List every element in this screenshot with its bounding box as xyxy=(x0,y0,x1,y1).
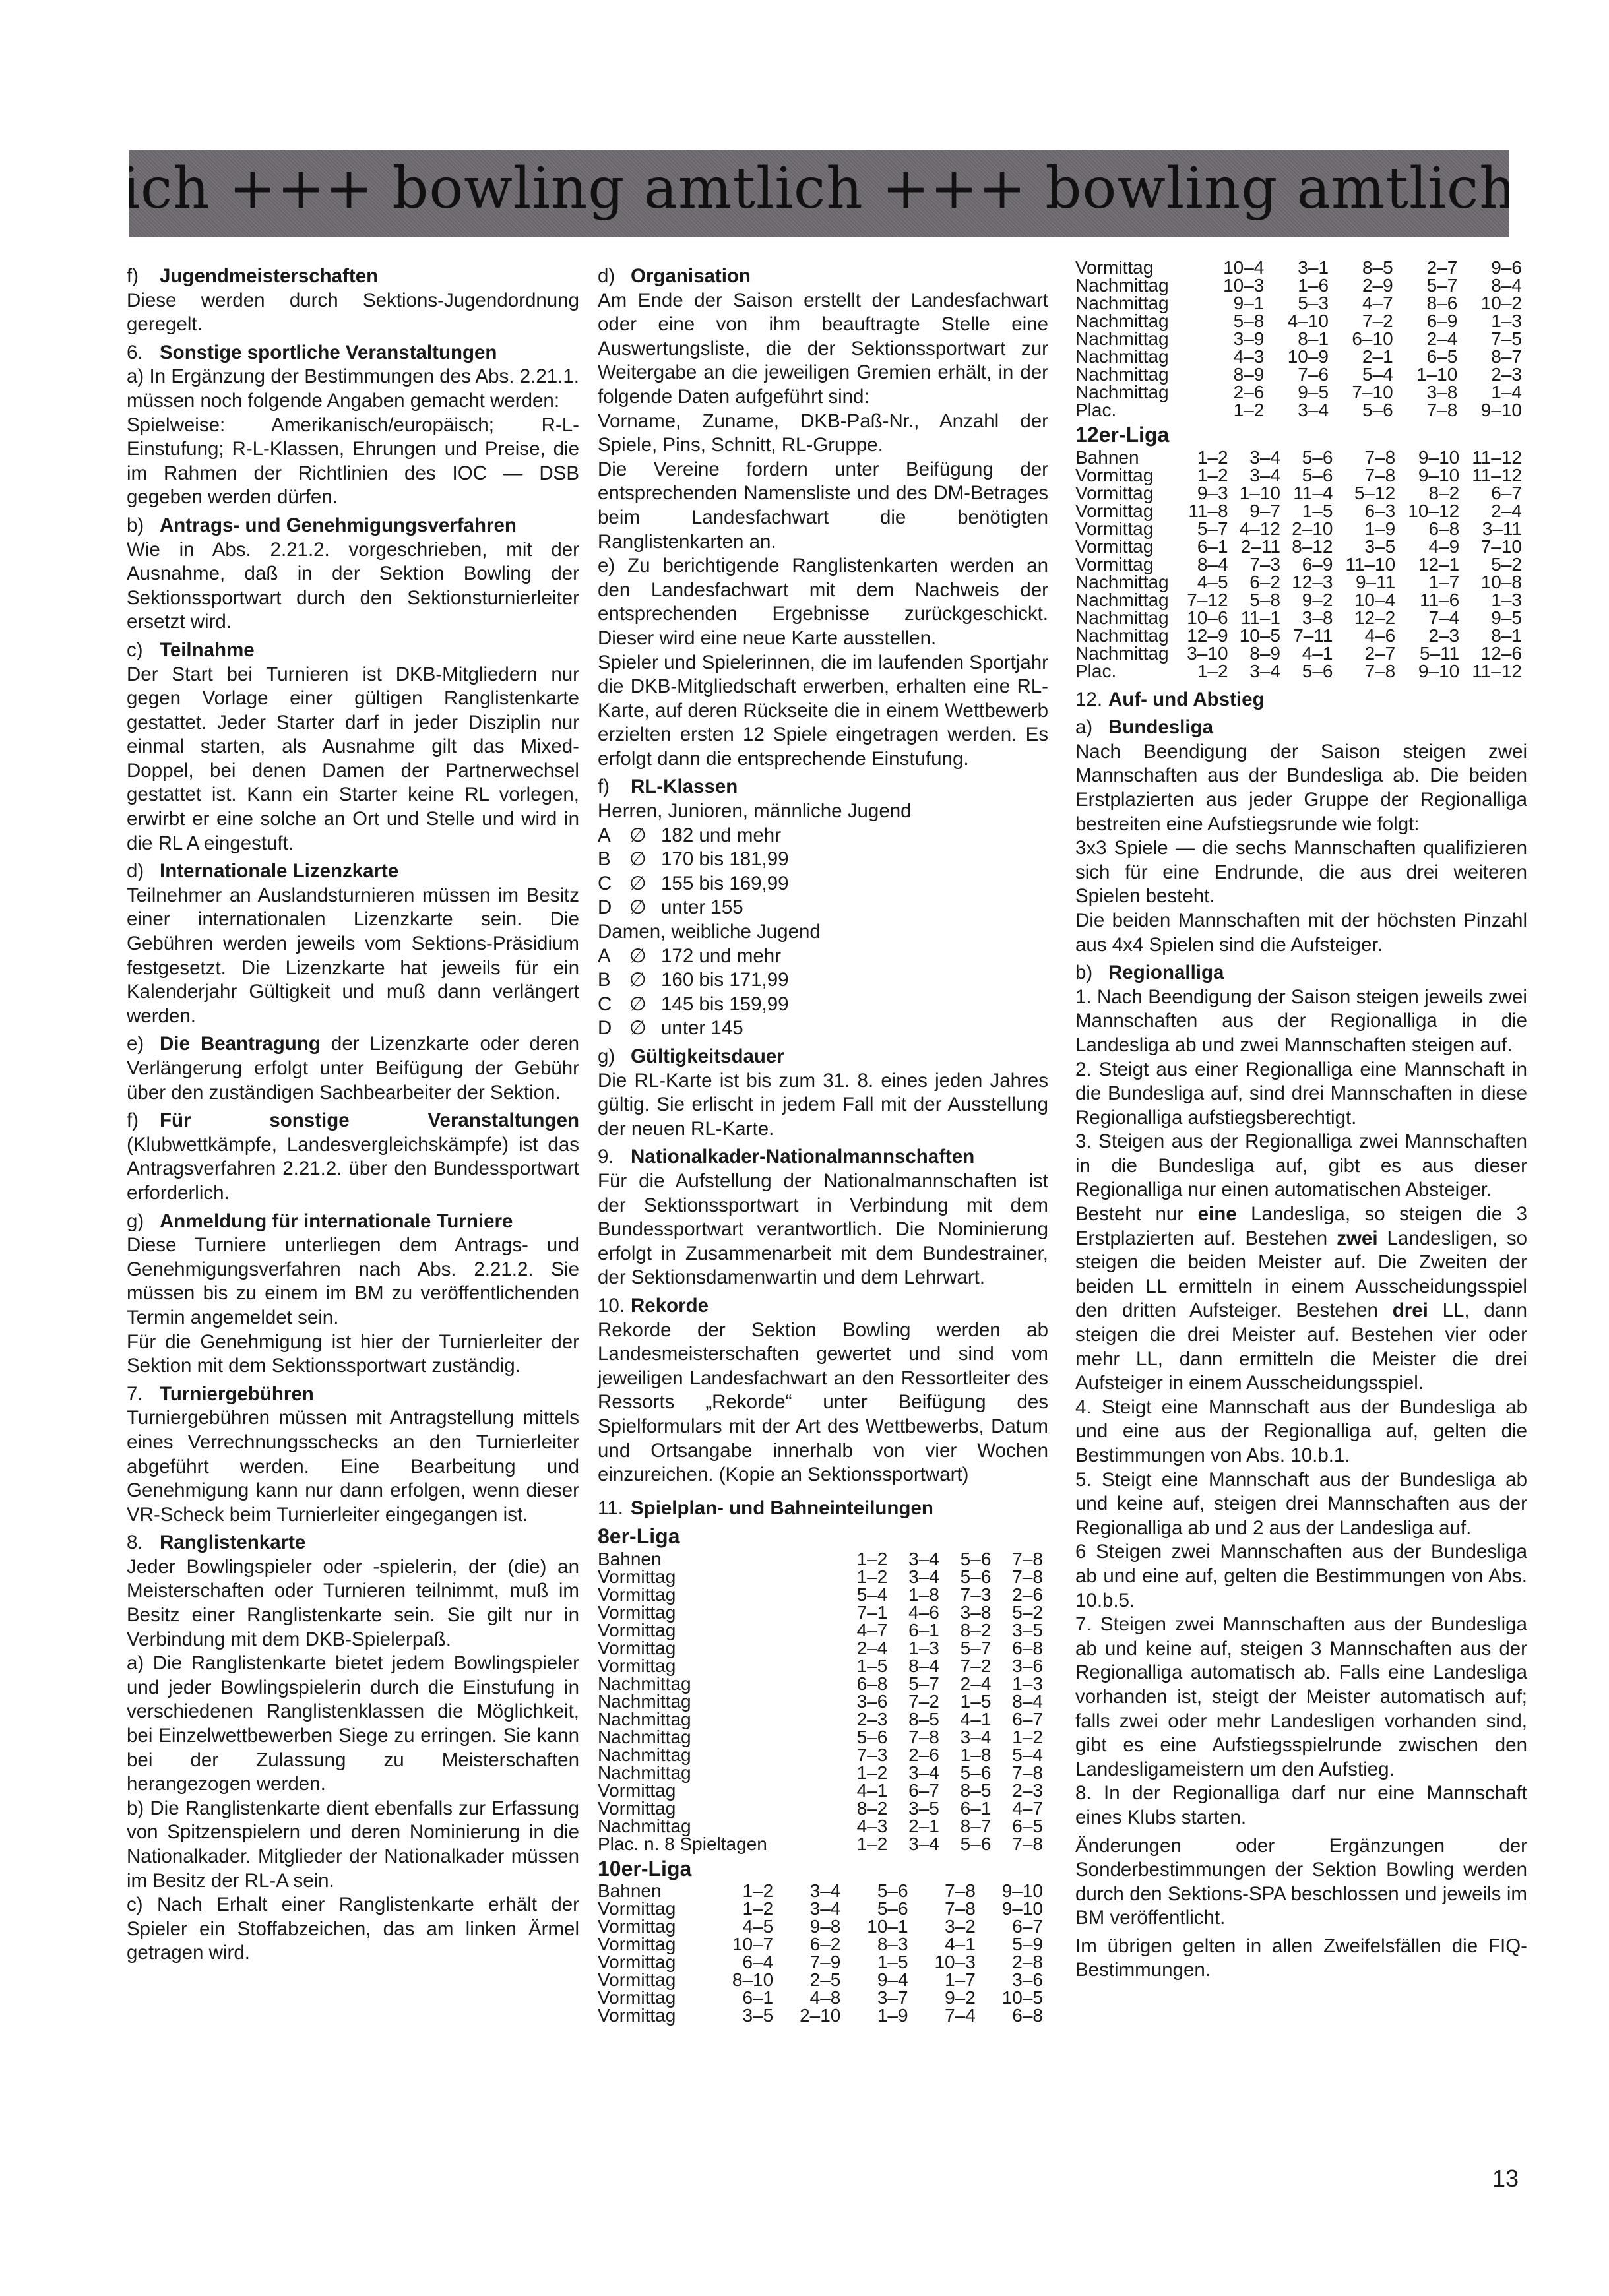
table-row: Vormittag8–102–59–41–73–6 xyxy=(598,1971,1048,1989)
pairing-cell: 5–4 xyxy=(996,1746,1048,1764)
pairing-cell: 7–3 xyxy=(841,1746,893,1764)
pairing-cell: 8–3 xyxy=(846,1935,913,1953)
row-label: Plac. xyxy=(1075,662,1181,680)
pairing-cell: 4–7 xyxy=(1334,294,1399,312)
pairing-cell: 10–3 xyxy=(914,1953,981,1971)
paragraph: b) Die Ranglistenkarte dient ebenfalls z… xyxy=(127,1797,579,1893)
paragraph: 3. Steigen aus der Regionalliga zwei Man… xyxy=(1075,1130,1527,1202)
pairing-cell: 7–2 xyxy=(893,1692,945,1710)
pairing-cell: 2–6 xyxy=(996,1586,1048,1603)
pairing-cell: 7–5 xyxy=(1463,330,1527,348)
pairing-cell: 8–12 xyxy=(1286,538,1338,555)
pairing-cell: 3–8 xyxy=(945,1603,997,1621)
pairing-cell: 7–3 xyxy=(1234,555,1286,573)
pairing-cell: 3–5 xyxy=(893,1799,945,1817)
section-heading: a)Bundesliga xyxy=(1075,716,1527,740)
pairing-cell: 8–7 xyxy=(945,1817,997,1835)
table-row: Nachmittag12–910–57–114–62–38–1 xyxy=(1075,627,1527,644)
pairing-cell: 11–4 xyxy=(1286,484,1338,502)
pairing-cell: 7–4 xyxy=(914,2006,981,2024)
row-label: Nachmittag xyxy=(1075,276,1205,294)
table-row: Nachmittag4–32–18–76–5 xyxy=(598,1817,1048,1835)
pairing-cell: 8–1 xyxy=(1465,627,1527,644)
league-title: 12er-Liga xyxy=(1075,423,1527,447)
section-heading: g)Gültigkeitsdauer xyxy=(598,1045,1048,1069)
paragraph: Diese werden durch Sektions-Jugendordnun… xyxy=(127,289,579,337)
rl-class-row: A∅172 und mehr xyxy=(598,945,1048,969)
table-row: Nachmittag6–85–72–41–3 xyxy=(598,1675,1048,1692)
paragraph: Wie in Abs. 2.21.2. vorgeschrieben, mit … xyxy=(127,538,579,635)
paragraph: Jeder Bowlingspieler oder -spielerin, de… xyxy=(127,1555,579,1652)
paragraph: Änderungen oder Ergänzungen der Sonderbe… xyxy=(1075,1834,1527,1931)
pairing-cell: 1–2 xyxy=(841,1568,893,1586)
column-1: f)Jugendmeisterschaften Diese werden dur… xyxy=(127,261,579,1966)
pairing-cell: 8–5 xyxy=(893,1710,945,1728)
pairing-cell: 1–2 xyxy=(841,1550,893,1568)
section-heading: f)RL-Klassen xyxy=(598,775,1048,799)
section-heading: d)Internationale Lizenzkarte xyxy=(127,859,579,884)
schedule-table-10er-continued: Vormittag10–43–18–52–79–6Nachmittag10–31… xyxy=(1075,259,1527,419)
row-label: Nachmittag xyxy=(1075,330,1205,348)
pairing-cell: 4–3 xyxy=(841,1817,893,1835)
pairing-cell: 5–7 xyxy=(1181,520,1233,538)
paragraph: Für die Genehmigung ist hier der Turnier… xyxy=(127,1330,579,1379)
pairing-cell: 10–5 xyxy=(1234,627,1286,644)
pairing-cell: 5–6 xyxy=(945,1550,997,1568)
table-row: Vormittag4–16–78–52–3 xyxy=(598,1782,1048,1799)
pairing-cell: 7–8 xyxy=(1338,466,1401,484)
pairing-cell: 6–5 xyxy=(1399,348,1463,365)
table-row: Nachmittag1–23–45–67–8 xyxy=(598,1764,1048,1782)
table-row: Plac.1–23–45–67–89–1011–12 xyxy=(1075,662,1527,680)
paragraph: Spielweise: Amerikanisch/europäisch; R-L… xyxy=(127,414,579,510)
pairing-cell: 3–4 xyxy=(893,1835,945,1853)
pairing-cell: 5–6 xyxy=(1286,662,1338,680)
paragraph: Teilnehmer an Auslandsturnieren müssen i… xyxy=(127,884,579,1029)
pairing-cell: 1–5 xyxy=(1286,502,1338,520)
row-label: Vormittag xyxy=(598,1657,841,1675)
pairing-cell: 5–3 xyxy=(1269,294,1334,312)
section-heading: 12.Auf- und Abstieg xyxy=(1075,688,1527,712)
pairing-cell: 5–6 xyxy=(945,1568,997,1586)
row-label: Bahnen xyxy=(1075,449,1181,466)
pairing-cell: 10–1 xyxy=(846,1917,913,1935)
paragraph: Die RL-Karte ist bis zum 31. 8. eines je… xyxy=(598,1069,1048,1142)
row-label: Nachmittag xyxy=(1075,609,1181,627)
table-row: Nachmittag5–67–83–41–2 xyxy=(598,1728,1048,1746)
row-label: Nachmittag xyxy=(1075,312,1205,330)
pairing-cell: 6–3 xyxy=(1338,502,1401,520)
section-heading: g)Anmeldung für internationale Turniere xyxy=(127,1210,579,1234)
pairing-cell: 7–8 xyxy=(914,1900,981,1917)
row-label: Plac. xyxy=(1075,401,1205,419)
pairing-cell: 9–5 xyxy=(1269,383,1334,401)
pairing-cell: 6–8 xyxy=(841,1675,893,1692)
paragraph: a) In Ergänzung der Bestimmungen des Abs… xyxy=(127,365,579,413)
pairing-cell: 7–8 xyxy=(893,1728,945,1746)
pairing-cell: 6–8 xyxy=(981,2006,1048,2024)
row-label: Vormittag xyxy=(598,1917,711,1935)
pairing-cell: 8–4 xyxy=(996,1692,1048,1710)
section-heading: 9.Nationalkader-Nationalmannschaften xyxy=(598,1145,1048,1169)
pairing-cell: 6–7 xyxy=(981,1917,1048,1935)
row-label: Nachmittag xyxy=(1075,573,1181,591)
pairing-cell: 1–3 xyxy=(1463,312,1527,330)
pairing-cell: 8–7 xyxy=(1463,348,1527,365)
pairing-cell: 1–7 xyxy=(914,1971,981,1989)
table-row: Vormittag1–23–45–67–89–10 xyxy=(598,1900,1048,1917)
pairing-cell: 1–10 xyxy=(1399,365,1463,383)
paragraph: e)Die Beantragung der Lizenzkarte oder d… xyxy=(127,1032,579,1105)
schedule-table-12er: Bahnen1–23–45–67–89–1011–12Vormittag1–23… xyxy=(1075,449,1527,680)
pairing-cell: 3–4 xyxy=(893,1550,945,1568)
paragraph: e) Zu berichtigende Ranglistenkarten wer… xyxy=(598,554,1048,650)
pairing-cell: 8–9 xyxy=(1234,644,1286,662)
rl-class-row: C∅155 bis 169,99 xyxy=(598,872,1048,896)
row-label: Vormittag xyxy=(598,1621,841,1639)
pairing-cell: 7–8 xyxy=(1338,662,1401,680)
average-icon: ∅ xyxy=(629,896,661,920)
pairing-cell: 9–10 xyxy=(981,1882,1048,1900)
paragraph: Die Vereine fordern unter Beifügung der … xyxy=(598,458,1048,554)
pairing-cell: 5–6 xyxy=(945,1835,997,1853)
section-heading: f)Jugendmeisterschaften xyxy=(127,264,579,289)
section-heading: c)Teilnahme xyxy=(127,638,579,663)
row-label: Nachmittag xyxy=(1075,348,1205,365)
pairing-cell: 7–12 xyxy=(1181,591,1233,609)
paragraph: Der Start bei Turnieren ist DKB-Mitglied… xyxy=(127,663,579,856)
pairing-cell: 12–3 xyxy=(1286,573,1338,591)
league-title: 10er-Liga xyxy=(598,1857,1048,1881)
paragraph: 3x3 Spiele — die sechs Mannschaften qual… xyxy=(1075,836,1527,909)
table-row: Nachmittag2–69–57–103–81–4 xyxy=(1075,383,1527,401)
pairing-cell: 2–7 xyxy=(1338,644,1401,662)
table-row: Vormittag5–41–87–32–6 xyxy=(598,1586,1048,1603)
row-label: Nachmittag xyxy=(1075,591,1181,609)
table-row: Nachmittag9–15–34–78–610–2 xyxy=(1075,294,1527,312)
row-label: Vormittag xyxy=(1075,520,1181,538)
pairing-cell: 9–10 xyxy=(1401,466,1465,484)
rl-class-row: A∅182 und mehr xyxy=(598,824,1048,848)
pairing-cell: 6–2 xyxy=(778,1935,846,1953)
pairing-cell: 2–4 xyxy=(841,1639,893,1657)
pairing-cell: 1–7 xyxy=(1401,573,1465,591)
pairing-cell: 5–7 xyxy=(1399,276,1463,294)
paragraph: c) Nach Erhalt einer Ranglistenkarte erh… xyxy=(127,1893,579,1966)
pairing-cell: 2–4 xyxy=(1465,502,1527,520)
table-row: Nachmittag5–84–107–26–91–3 xyxy=(1075,312,1527,330)
table-row: Vormittag3–52–101–97–46–8 xyxy=(598,2006,1048,2024)
pairing-cell: 5–6 xyxy=(1286,449,1338,466)
average-icon: ∅ xyxy=(629,1016,661,1041)
table-row: Vormittag6–47–91–510–32–8 xyxy=(598,1953,1048,1971)
pairing-cell: 2–3 xyxy=(841,1710,893,1728)
pairing-cell: 12–2 xyxy=(1338,609,1401,627)
pairing-cell: 9–7 xyxy=(1234,502,1286,520)
pairing-cell: 1–2 xyxy=(711,1900,778,1917)
row-label: Vormittag xyxy=(1075,502,1181,520)
pairing-cell: 6–1 xyxy=(893,1621,945,1639)
row-label: Nachmittag xyxy=(598,1746,841,1764)
section-heading: 10.Rekorde xyxy=(598,1294,1048,1319)
pairing-cell: 6–1 xyxy=(1181,538,1233,555)
pairing-cell: 4–1 xyxy=(1286,644,1338,662)
pairing-cell: 3–10 xyxy=(1181,644,1233,662)
pairing-cell: 3–5 xyxy=(711,2006,778,2024)
pairing-cell: 7–10 xyxy=(1465,538,1527,555)
pairing-cell: 1–8 xyxy=(893,1586,945,1603)
paragraph: 5. Steigt eine Mannschaft aus der Bundes… xyxy=(1075,1468,1527,1541)
pairing-cell: 4–6 xyxy=(893,1603,945,1621)
table-row: Nachmittag3–67–21–58–4 xyxy=(598,1692,1048,1710)
paragraph: 7. Steigen zwei Mannschaften aus der Bun… xyxy=(1075,1613,1527,1782)
pairing-cell: 10–6 xyxy=(1181,609,1233,627)
schedule-table-10er: Bahnen1–23–45–67–89–10Vormittag1–23–45–6… xyxy=(598,1882,1048,2024)
pairing-cell: 2–6 xyxy=(1205,383,1270,401)
pairing-cell: 10–8 xyxy=(1465,573,1527,591)
pairing-cell: 5–7 xyxy=(893,1675,945,1692)
pairing-cell: 4–6 xyxy=(1338,627,1401,644)
pairing-cell: 2–4 xyxy=(1399,330,1463,348)
table-row: Vormittag9–31–1011–45–128–26–7 xyxy=(1075,484,1527,502)
pairing-cell: 8–6 xyxy=(1399,294,1463,312)
pairing-cell: 2–6 xyxy=(893,1746,945,1764)
pairing-cell: 10–12 xyxy=(1401,502,1465,520)
pairing-cell: 2–3 xyxy=(1401,627,1465,644)
pairing-cell: 8–2 xyxy=(1401,484,1465,502)
section-heading: 6.Sonstige sportliche Veranstaltungen xyxy=(127,341,579,365)
table-row: Vormittag5–74–122–101–96–83–11 xyxy=(1075,520,1527,538)
pairing-cell: 10–9 xyxy=(1269,348,1334,365)
paragraph: Spieler und Spielerinnen, die im laufend… xyxy=(598,651,1048,772)
pairing-cell: 1–6 xyxy=(1269,276,1334,294)
pairing-cell: 8–9 xyxy=(1205,365,1270,383)
pairing-cell: 5–4 xyxy=(1334,365,1399,383)
pairing-cell: 5–6 xyxy=(945,1764,997,1782)
pairing-cell: 4–1 xyxy=(841,1782,893,1799)
paragraph: Besteht nur eine Landesliga, so steigen … xyxy=(1075,1202,1527,1396)
pairing-cell: 1–2 xyxy=(1181,466,1233,484)
pairing-cell: 6–10 xyxy=(1334,330,1399,348)
pairing-cell: 12–9 xyxy=(1181,627,1233,644)
row-label: Vormittag xyxy=(598,1603,841,1621)
pairing-cell: 3–7 xyxy=(846,1989,913,2006)
pairing-cell: 9–10 xyxy=(1401,662,1465,680)
table-row: Nachmittag3–108–94–12–75–1112–6 xyxy=(1075,644,1527,662)
pairing-cell: 4–3 xyxy=(1205,348,1270,365)
pairing-cell: 2–10 xyxy=(1286,520,1338,538)
row-label: Vormittag xyxy=(1075,555,1181,573)
header-banner: lich +++ bowling amtlich +++ bowling amt… xyxy=(129,150,1509,237)
pairing-cell: 4–10 xyxy=(1269,312,1334,330)
pairing-cell: 1–8 xyxy=(945,1746,997,1764)
average-icon: ∅ xyxy=(629,824,661,848)
pairing-cell: 10–4 xyxy=(1205,259,1270,276)
table-row: Vormittag10–76–28–34–15–9 xyxy=(598,1935,1048,1953)
pairing-cell: 7–6 xyxy=(1269,365,1334,383)
section-heading: 11.Spielplan- und Bahneinteilungen xyxy=(598,1497,1048,1521)
pairing-cell: 3–4 xyxy=(893,1568,945,1586)
pairing-cell: 2–11 xyxy=(1234,538,1286,555)
row-label: Vormittag xyxy=(598,1971,711,1989)
pairing-cell: 9–2 xyxy=(914,1989,981,2006)
table-row: Nachmittag8–97–65–41–102–3 xyxy=(1075,365,1527,383)
row-label: Nachmittag xyxy=(1075,627,1181,644)
pairing-cell: 3–4 xyxy=(778,1882,846,1900)
pairing-cell: 7–8 xyxy=(996,1835,1048,1853)
table-row: Vormittag8–23–56–14–7 xyxy=(598,1799,1048,1817)
pairing-cell: 2–3 xyxy=(1463,365,1527,383)
pairing-cell: 3–8 xyxy=(1399,383,1463,401)
pairing-cell: 6–7 xyxy=(996,1710,1048,1728)
pairing-cell: 8–5 xyxy=(945,1782,997,1799)
pairing-cell: 7–8 xyxy=(914,1882,981,1900)
pairing-cell: 3–2 xyxy=(914,1917,981,1935)
pairing-cell: 2–1 xyxy=(893,1817,945,1835)
table-row: Bahnen1–23–45–67–8 xyxy=(598,1550,1048,1568)
row-label: Nachmittag xyxy=(1075,294,1205,312)
pairing-cell: 5–6 xyxy=(1286,466,1338,484)
pairing-cell: 4–7 xyxy=(996,1799,1048,1817)
pairing-cell: 7–8 xyxy=(1399,401,1463,419)
pairing-cell: 5–4 xyxy=(841,1586,893,1603)
section-heading: b)Antrags- und Genehmigungsverfahren xyxy=(127,514,579,538)
paragraph: Vorname, Zuname, DKB-Paß-Nr., Anzahl der… xyxy=(598,410,1048,458)
paragraph: f)Für sonstige Veranstaltungen (Klubwett… xyxy=(127,1109,579,1205)
pairing-cell: 7–2 xyxy=(1334,312,1399,330)
pairing-cell: 7–10 xyxy=(1334,383,1399,401)
pairing-cell: 3–4 xyxy=(778,1900,846,1917)
table-row: Nachmittag4–56–212–39–111–710–8 xyxy=(1075,573,1527,591)
pairing-cell: 1–2 xyxy=(841,1835,893,1853)
pairing-cell: 12–6 xyxy=(1465,644,1527,662)
column-3: Vormittag10–43–18–52–79–6Nachmittag10–31… xyxy=(1075,259,1527,1983)
table-row: Bahnen1–23–45–67–89–1011–12 xyxy=(1075,449,1527,466)
rl-class-row: D∅unter 145 xyxy=(598,1016,1048,1041)
table-row: Vormittag8–47–36–911–1012–15–2 xyxy=(1075,555,1527,573)
pairing-cell: 9–10 xyxy=(981,1900,1048,1917)
pairing-cell: 5–6 xyxy=(841,1728,893,1746)
table-row: Vormittag1–23–45–67–8 xyxy=(598,1568,1048,1586)
pairing-cell: 12–1 xyxy=(1401,555,1465,573)
average-icon: ∅ xyxy=(629,993,661,1017)
row-label: Bahnen xyxy=(598,1882,711,1900)
paragraph: Die beiden Mannschaften mit der höchsten… xyxy=(1075,909,1527,957)
pairing-cell: 6–1 xyxy=(945,1799,997,1817)
pairing-cell: 3–8 xyxy=(1286,609,1338,627)
pairing-cell: 3–4 xyxy=(1234,449,1286,466)
average-icon: ∅ xyxy=(629,945,661,969)
pairing-cell: 5–2 xyxy=(996,1603,1048,1621)
pairing-cell: 1–5 xyxy=(945,1692,997,1710)
table-row: Nachmittag4–310–92–16–58–7 xyxy=(1075,348,1527,365)
table-row: Vormittag1–58–47–23–6 xyxy=(598,1657,1048,1675)
average-icon: ∅ xyxy=(629,872,661,896)
pairing-cell: 3–4 xyxy=(945,1728,997,1746)
pairing-cell: 9–1 xyxy=(1205,294,1270,312)
row-label: Nachmittag xyxy=(1075,644,1181,662)
pairing-cell: 3–6 xyxy=(996,1657,1048,1675)
pairing-cell: 3–6 xyxy=(841,1692,893,1710)
row-label: Vormittag xyxy=(598,1935,711,1953)
row-label: Nachmittag xyxy=(598,1675,841,1692)
pairing-cell: 6–9 xyxy=(1399,312,1463,330)
pairing-cell: 6–8 xyxy=(1401,520,1465,538)
table-row: Nachmittag10–611–13–812–27–49–5 xyxy=(1075,609,1527,627)
table-row: Vormittag1–23–45–67–89–1011–12 xyxy=(1075,466,1527,484)
table-row: Nachmittag3–98–16–102–47–5 xyxy=(1075,330,1527,348)
row-label: Vormittag xyxy=(598,1586,841,1603)
pairing-cell: 4–7 xyxy=(841,1621,893,1639)
table-row: Nachmittag10–31–62–95–78–4 xyxy=(1075,276,1527,294)
pairing-cell: 3–11 xyxy=(1465,520,1527,538)
pairing-cell: 11–6 xyxy=(1401,591,1465,609)
pairing-cell: 2–4 xyxy=(945,1675,997,1692)
pairing-cell: 8–2 xyxy=(945,1621,997,1639)
paragraph: Für die Aufstellung der Nationalmannscha… xyxy=(598,1169,1048,1290)
table-row: Vormittag7–14–63–85–2 xyxy=(598,1603,1048,1621)
pairing-cell: 1–3 xyxy=(996,1675,1048,1692)
pairing-cell: 4–12 xyxy=(1234,520,1286,538)
pairing-cell: 7–9 xyxy=(778,1953,846,1971)
row-label: Vormittag xyxy=(1075,259,1205,276)
table-row: Nachmittag7–32–61–85–4 xyxy=(598,1746,1048,1764)
pairing-cell: 1–2 xyxy=(711,1882,778,1900)
paragraph: a) Die Ranglistenkarte bietet jedem Bowl… xyxy=(127,1652,579,1797)
row-label: Vormittag xyxy=(598,1782,841,1799)
pairing-cell: 3–6 xyxy=(981,1971,1048,1989)
pairing-cell: 9–10 xyxy=(1401,449,1465,466)
pairing-cell: 2–9 xyxy=(1334,276,1399,294)
pairing-cell: 8–4 xyxy=(1181,555,1233,573)
rl-group-label: Damen, weibliche Jugend xyxy=(598,920,1048,945)
pairing-cell: 2–8 xyxy=(981,1953,1048,1971)
pairing-cell: 7–8 xyxy=(996,1764,1048,1782)
pairing-cell: 7–8 xyxy=(1338,449,1401,466)
pairing-cell: 4–8 xyxy=(778,1989,846,2006)
row-label: Vormittag xyxy=(598,1799,841,1817)
pairing-cell: 6–7 xyxy=(893,1782,945,1799)
section-heading: 8.Ranglistenkarte xyxy=(127,1531,579,1555)
pairing-cell: 10–7 xyxy=(711,1935,778,1953)
paragraph: 6 Steigen zwei Mannschaften aus der Bund… xyxy=(1075,1540,1527,1613)
table-row: Nachmittag7–125–89–210–411–61–3 xyxy=(1075,591,1527,609)
paragraph: 1. Nach Beendigung der Saison steigen je… xyxy=(1075,985,1527,1058)
pairing-cell: 1–2 xyxy=(841,1764,893,1782)
row-label: Vormittag xyxy=(1075,538,1181,555)
row-label: Nachmittag xyxy=(598,1764,841,1782)
rl-group-label: Herren, Junioren, männliche Jugend xyxy=(598,799,1048,824)
pairing-cell: 5–6 xyxy=(1334,401,1399,419)
pairing-cell: 5–6 xyxy=(846,1900,913,1917)
pairing-cell: 3–4 xyxy=(1269,401,1334,419)
pairing-cell: 3–4 xyxy=(1234,662,1286,680)
pairing-cell: 7–1 xyxy=(841,1603,893,1621)
pairing-cell: 3–9 xyxy=(1205,330,1270,348)
pairing-cell: 8–1 xyxy=(1269,330,1334,348)
league-title: 8er-Liga xyxy=(598,1524,1048,1549)
pairing-cell: 1–5 xyxy=(841,1657,893,1675)
pairing-cell: 3–5 xyxy=(1338,538,1401,555)
paragraph: Am Ende der Saison erstellt der Landesfa… xyxy=(598,289,1048,410)
pairing-cell: 2–7 xyxy=(1399,259,1463,276)
row-label: Vormittag xyxy=(1075,484,1181,502)
pairing-cell: 4–9 xyxy=(1401,538,1465,555)
pairing-cell: 3–1 xyxy=(1269,259,1334,276)
rl-class-row: B∅160 bis 171,99 xyxy=(598,968,1048,993)
pairing-cell: 7–11 xyxy=(1286,627,1338,644)
pairing-cell: 7–3 xyxy=(945,1586,997,1603)
